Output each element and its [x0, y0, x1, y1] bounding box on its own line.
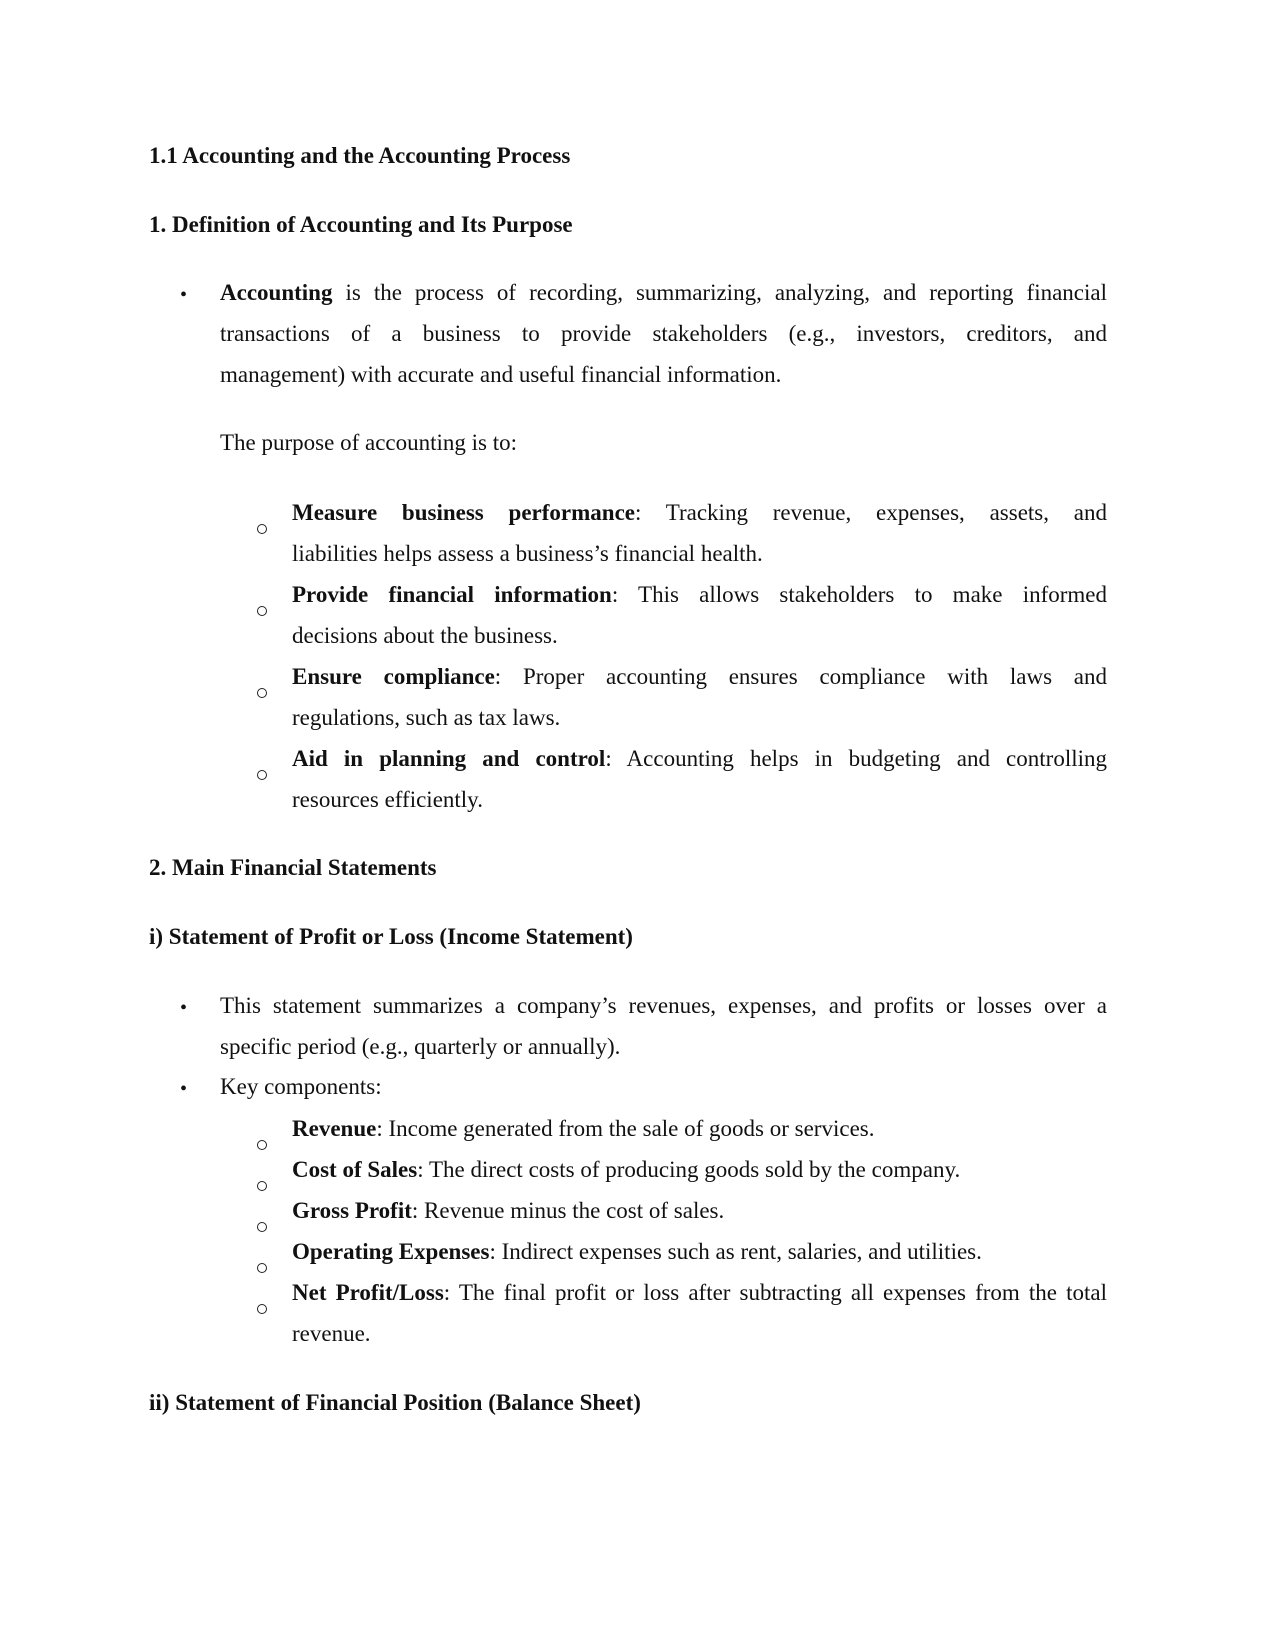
balance-sheet-heading: ii) Statement of Financial Position (Bal…	[149, 1390, 641, 1416]
circle-bullet-icon	[257, 688, 267, 698]
income-summary-line-2: specific period (e.g., quarterly or annu…	[220, 1034, 620, 1060]
circle-bullet-icon	[257, 1140, 267, 1150]
document-page: 1.1 Accounting and the Accounting Proces…	[0, 0, 1275, 1650]
circle-bullet-icon	[257, 606, 267, 616]
definition-line-2: transactions of a business to provide st…	[220, 321, 1107, 347]
circle-bullet-icon	[257, 770, 267, 780]
bullet-icon: •	[180, 997, 187, 1020]
definition-line-1: Accounting is the process of recording, …	[220, 280, 1107, 306]
part1-heading: 1. Definition of Accounting and Its Purp…	[149, 212, 573, 238]
circle-bullet-icon	[257, 524, 267, 534]
key-components-label: Key components:	[220, 1074, 382, 1100]
purpose-intro: The purpose of accounting is to:	[220, 430, 517, 456]
circle-bullet-icon	[257, 1304, 267, 1314]
definition-term: Accounting	[220, 280, 332, 305]
circle-bullet-icon	[257, 1222, 267, 1232]
part2-heading: 2. Main Financial Statements	[149, 855, 437, 881]
circle-bullet-icon	[257, 1263, 267, 1273]
bullet-icon: •	[180, 1078, 187, 1101]
section-heading: 1.1 Accounting and the Accounting Proces…	[149, 143, 570, 169]
circle-bullet-icon	[257, 1181, 267, 1191]
income-statement-heading: i) Statement of Profit or Loss (Income S…	[149, 924, 633, 950]
bullet-icon: •	[180, 284, 187, 307]
definition-line-3: management) with accurate and useful fin…	[220, 362, 781, 388]
income-summary-line-1: This statement summarizes a company’s re…	[220, 993, 1107, 1019]
